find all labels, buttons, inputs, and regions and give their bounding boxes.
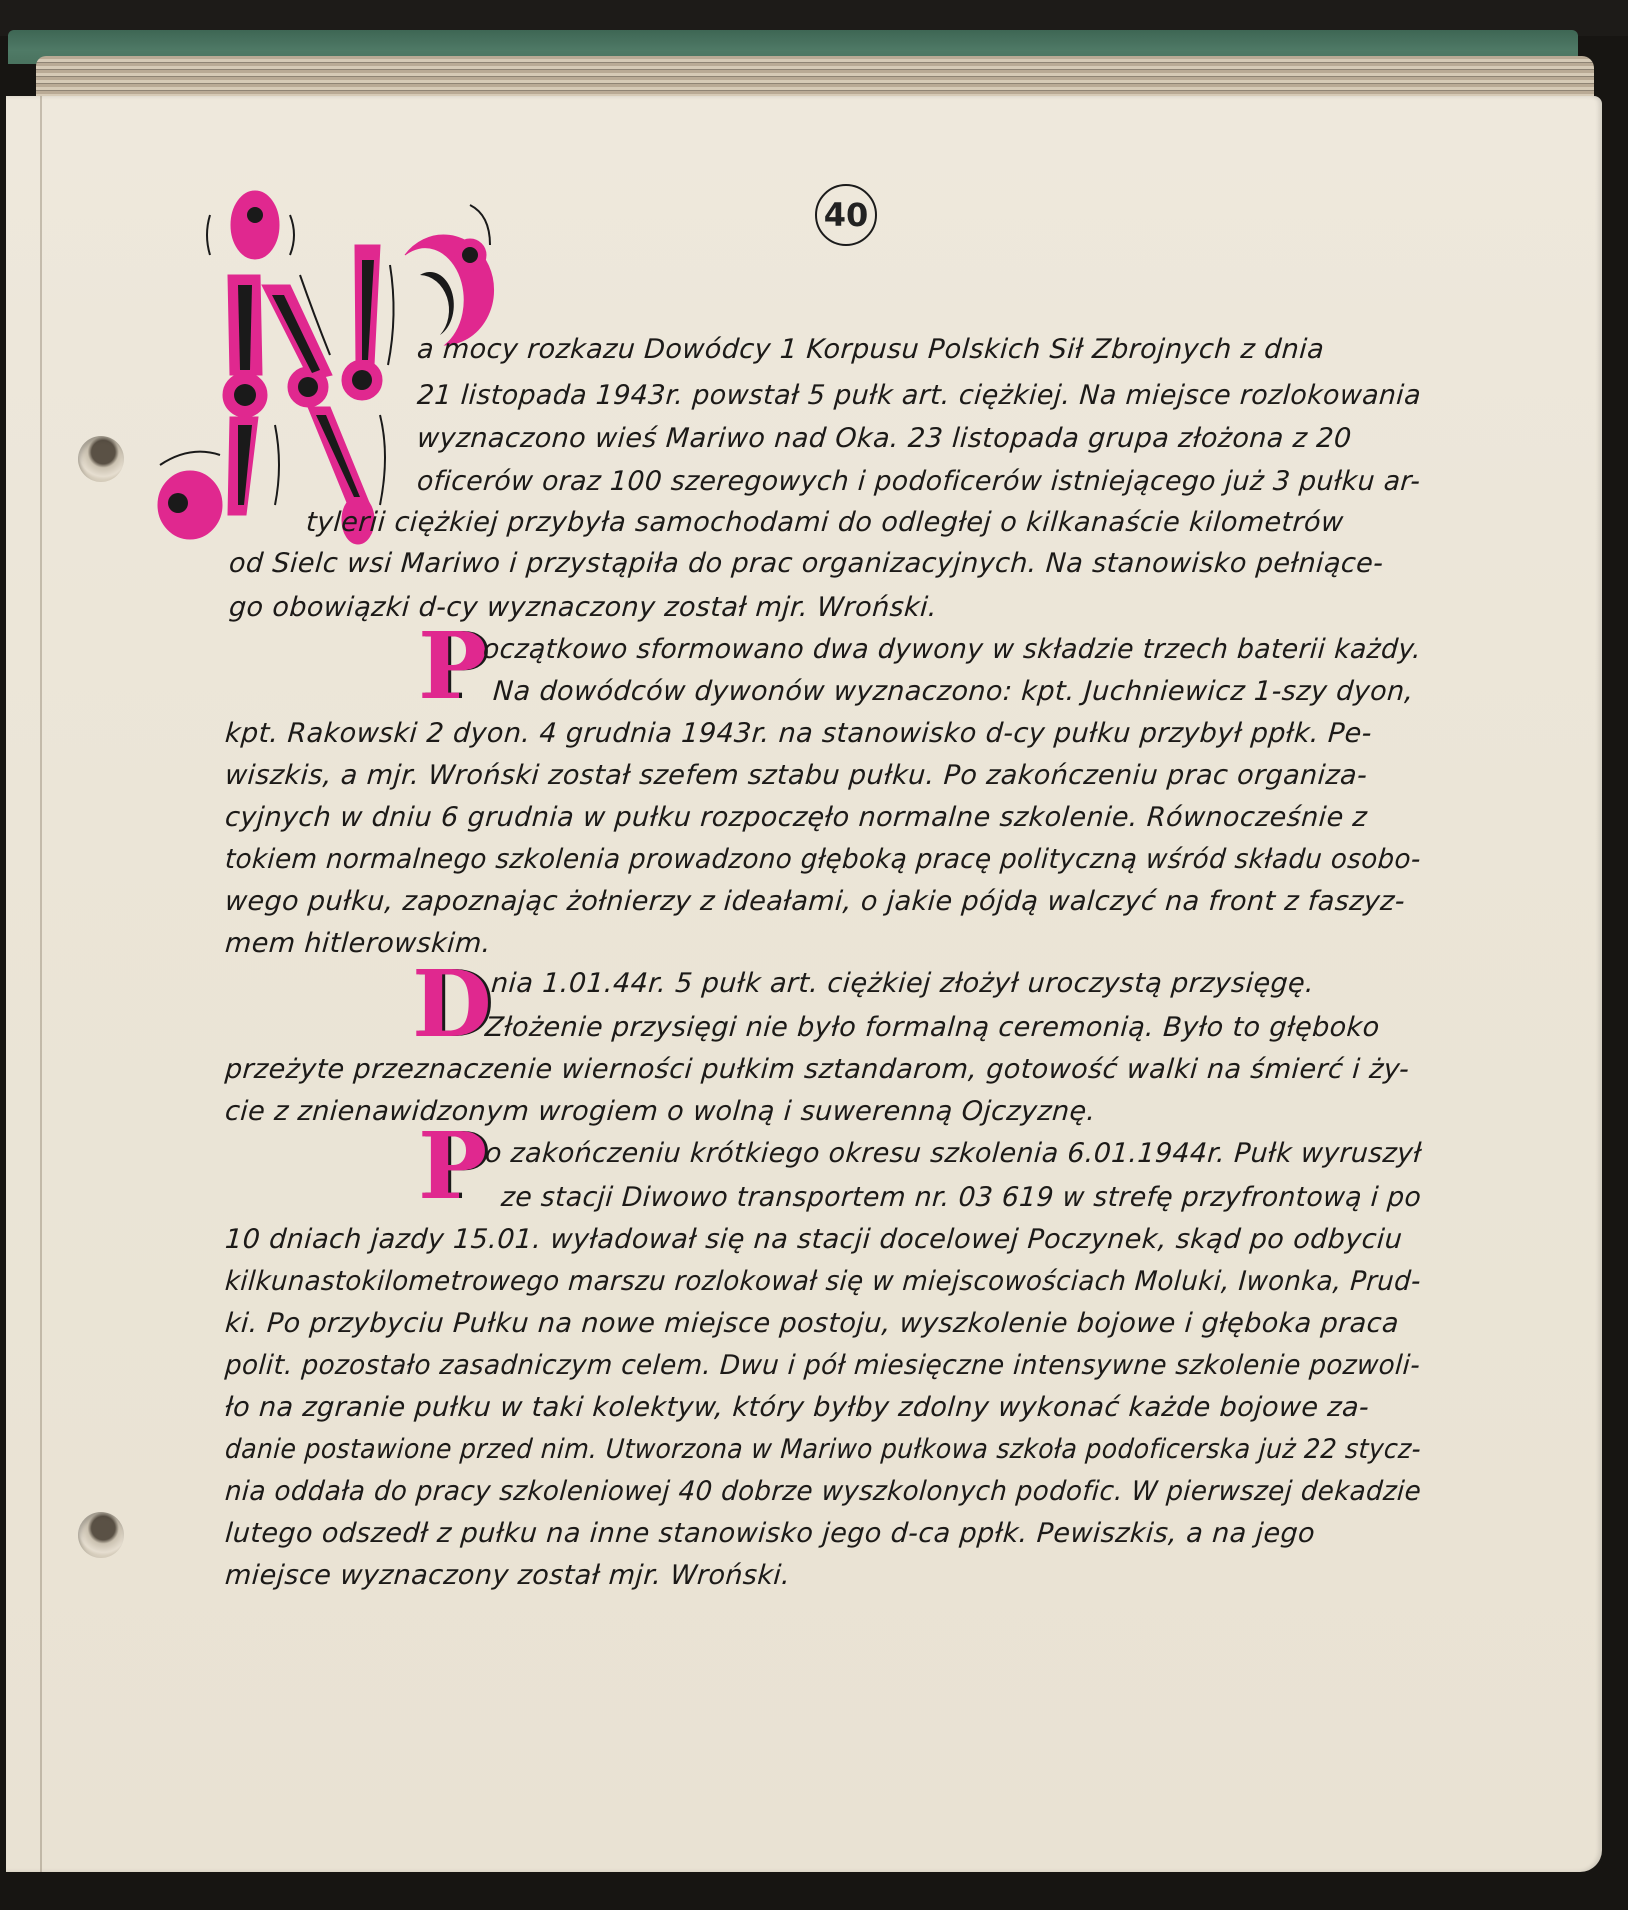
text-line: a mocy rozkazu Dowódcy 1 Korpusu Polskic… <box>416 334 1325 365</box>
text-line: lutego odszedł z pułku na inne stanowisk… <box>224 1518 1316 1549</box>
page-fold-line <box>40 96 42 1872</box>
text-line: oczątkowo sformowano dwa dywony w składz… <box>482 634 1422 665</box>
text-line: przeżyte przeznaczenie wierności pułkim … <box>224 1054 1410 1085</box>
text-line: Na dowódców dywonów wyznaczono: kpt. Juc… <box>492 676 1415 707</box>
text-line: o zakończeniu krótkiego okresu szkolenia… <box>484 1138 1423 1169</box>
dropcap-d: D <box>412 958 492 1050</box>
text-line: miejsce wyznaczony został mjr. Wroński. <box>224 1560 791 1591</box>
page-stack-edges <box>36 56 1594 98</box>
binder-hole-icon <box>78 436 124 482</box>
text-line: tokiem normalnego szkolenia prowadzono g… <box>224 844 1422 875</box>
text-line: nia 1.01.44r. 5 pułk art. ciężkiej złoży… <box>490 968 1315 999</box>
text-line: nia oddała do pracy szkoleniowej 40 dobr… <box>224 1476 1422 1507</box>
text-line: tylerii ciężkiej przybyła samochodami do… <box>305 507 1345 538</box>
text-line: kpt. Rakowski 2 dyon. 4 grudnia 1943r. n… <box>224 718 1373 749</box>
decorative-initial-n-icon <box>150 185 500 555</box>
text-line: wiszkis, a mjr. Wroński został szefem sz… <box>224 760 1368 791</box>
text-line: cie z znienawidzonym wrogiem o wolną i s… <box>224 1096 1097 1127</box>
text-line: ze stacji Diwowo transportem nr. 03 619 … <box>500 1182 1422 1213</box>
page-number: 40 <box>824 196 869 234</box>
text-line: ki. Po przybyciu Pułku na nowe miejsce p… <box>224 1308 1400 1339</box>
binder-hole-icon <box>78 1512 124 1558</box>
dropcap-p: P <box>418 620 487 712</box>
text-line: Złożenie przysięgi nie było formalną cer… <box>484 1012 1381 1043</box>
text-line: kilkunastokilometrowego marszu rozlokowa… <box>224 1266 1422 1297</box>
text-line: polit. pozostało zasadniczym celem. Dwu … <box>224 1350 1421 1381</box>
text-line: wyznaczono wieś Mariwo nad Oka. 23 listo… <box>416 423 1353 454</box>
text-line: wego pułku, zapoznając żołnierzy z ideał… <box>224 886 1406 917</box>
text-line: go obowiązki d-cy wyznaczony został mjr.… <box>228 592 938 623</box>
text-line: ło na zgranie pułku w taki kolektyw, któ… <box>224 1392 1370 1423</box>
page-number-badge: 40 <box>815 184 877 246</box>
text-line: od Sielc wsi Mariwo i przystąpiła do pra… <box>228 548 1384 579</box>
dropcap-p: P <box>418 1120 487 1212</box>
text-line: danie postawione przed nim. Utworzona w … <box>224 1434 1422 1465</box>
text-line: 21 listopada 1943r. powstał 5 pułk art. … <box>416 380 1422 411</box>
text-line: 10 dniach jazdy 15.01. wyładował się na … <box>224 1224 1403 1255</box>
text-line: oficerów oraz 100 szeregowych i podofice… <box>416 466 1421 497</box>
text-line: cyjnych w dniu 6 grudnia w pułku rozpocz… <box>224 802 1368 833</box>
